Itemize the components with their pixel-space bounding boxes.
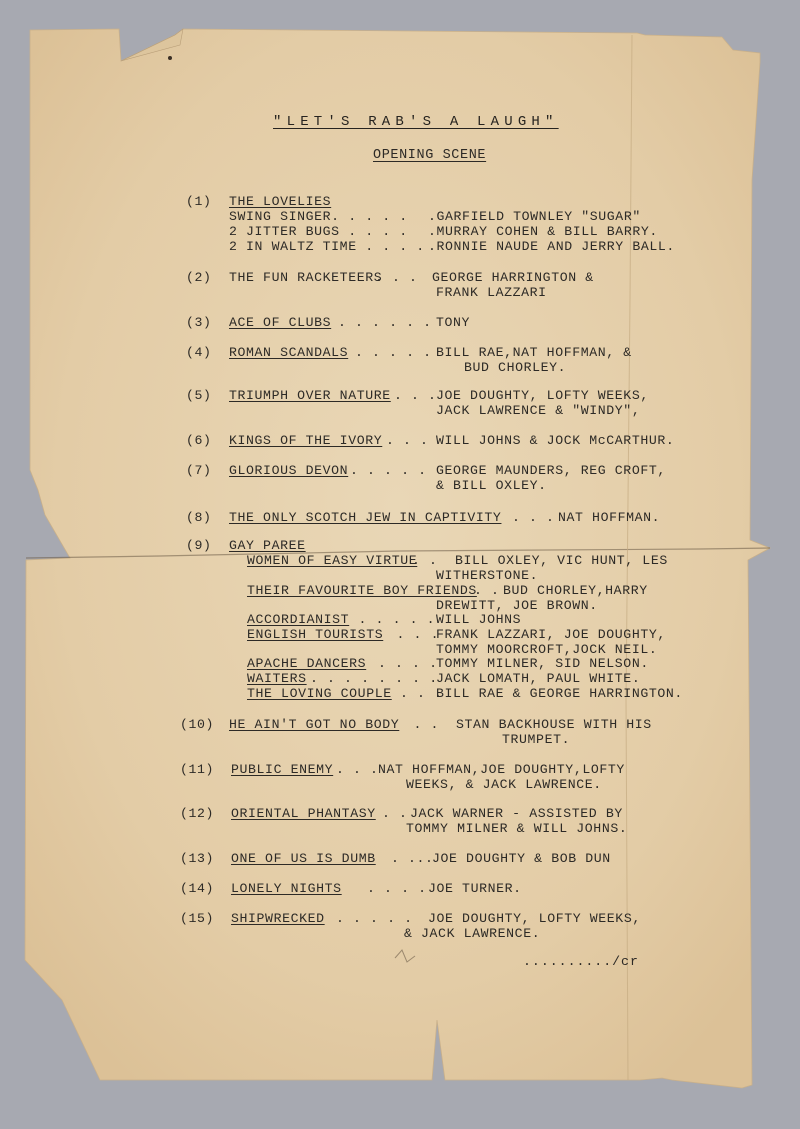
item-title: THE FUN RACKETEERS	[229, 270, 382, 285]
subact-name: APACHE DANCERS	[247, 656, 366, 671]
subact-performers: TOMMY MOORCROFT,JOCK NEIL.	[436, 642, 657, 657]
subact-performers: .RONNIE NAUDE AND JERRY BALL.	[428, 239, 675, 254]
item-number: (13)	[180, 851, 214, 866]
item-performers: NAT HOFFMAN,JOE DOUGHTY,LOFTY	[378, 762, 625, 777]
item-title: ROMAN SCANDALS	[229, 345, 348, 360]
subact-performers: .MURRAY COHEN & BILL BARRY.	[428, 224, 658, 239]
item-performers: TONY	[436, 315, 470, 330]
item-performers: WILL JOHNS & JOCK McCARTHUR.	[436, 433, 674, 448]
continuation-mark: ........../cr	[523, 954, 639, 969]
item-number: (11)	[180, 762, 214, 777]
item-dots: . .	[405, 717, 439, 732]
item-performers: GEORGE HARRINGTON &	[432, 270, 594, 285]
subact-name: SWING SINGER. . . . .	[229, 209, 408, 224]
subact-name: 2 IN WALTZ TIME . . . .	[229, 239, 425, 254]
item-performers: TOMMY MILNER & WILL JOHNS.	[406, 821, 627, 836]
item-performers: & BILL OXLEY.	[436, 478, 547, 493]
item-number: (3)	[186, 315, 212, 330]
subact-dots: . .	[412, 553, 438, 568]
subact-dots: . . .	[388, 627, 439, 642]
document-title: "LET'S RAB'S A LAUGH"	[273, 115, 559, 130]
item-number: (6)	[186, 433, 212, 448]
item-number: (8)	[186, 510, 212, 525]
subact-performers: BUD CHORLEY,HARRY	[503, 583, 648, 598]
subact-performers: .GARFIELD TOWNLEY "SUGAR"	[428, 209, 641, 224]
subact-dots: . . . .	[378, 656, 438, 671]
item-dots: . ...	[391, 851, 434, 866]
item-number: (9)	[186, 538, 212, 553]
item-performers: TRUMPET.	[502, 732, 570, 747]
item-performers: BILL RAE,NAT HOFFMAN, &	[436, 345, 632, 360]
item-number: (14)	[180, 881, 214, 896]
item-dots: . . .	[375, 270, 418, 285]
item-performers: NAT HOFFMAN.	[558, 510, 660, 525]
item-dots: . . .	[336, 762, 379, 777]
item-performers: GEORGE MAUNDERS, REG CROFT,	[436, 463, 666, 478]
item-title: PUBLIC ENEMY	[231, 762, 333, 777]
item-dots: . . .	[386, 433, 429, 448]
item-title: THE LOVELIES	[229, 194, 331, 209]
subact-performers: WITHERSTONE.	[436, 568, 538, 583]
item-dots: . . .	[512, 510, 555, 525]
subact-performers: TOMMY MILNER, SID NELSON.	[436, 656, 649, 671]
item-title: HE AIN'T GOT NO BODY	[229, 717, 399, 732]
item-dots: . . . . . .	[338, 315, 432, 330]
subact-name: 2 JITTER BUGS . . . .	[229, 224, 408, 239]
document-subtitle: OPENING SCENE	[373, 148, 486, 163]
item-performers: JACK LAWRENCE & "WINDY",	[436, 403, 640, 418]
item-title: ORIENTAL PHANTASY	[231, 806, 376, 821]
subact-performers: BILL OXLEY, VIC HUNT, LES	[455, 553, 668, 568]
item-performers: STAN BACKHOUSE WITH HIS	[456, 717, 652, 732]
subact-performers: JACK LOMATH, PAUL WHITE.	[436, 671, 640, 686]
subact-performers: BILL RAE & GEORGE HARRINGTON.	[436, 686, 683, 701]
item-performers: JOE DOUGHTY, LOFTY WEEKS,	[436, 388, 649, 403]
item-performers: JOE DOUGHTY & BOB DUN	[432, 851, 611, 866]
item-title: KINGS OF THE IVORY	[229, 433, 382, 448]
item-dots: . . . . .	[336, 911, 413, 926]
item-number: (4)	[186, 345, 212, 360]
document-page: "LET'S RAB'S A LAUGH" OPENING SCENE (1) …	[0, 0, 800, 1129]
subact-name: ENGLISH TOURISTS	[247, 627, 383, 642]
subact-name: THEIR FAVOURITE BOY FRIENDS	[247, 583, 477, 598]
item-dots: . .	[382, 806, 408, 821]
subact-name: THE LOVING COUPLE	[247, 686, 392, 701]
item-performers: JOE TURNER.	[428, 881, 522, 896]
subact-performers: WILL JOHNS	[436, 612, 521, 627]
item-performers: JACK WARNER - ASSISTED BY	[410, 806, 623, 821]
item-performers: FRANK LAZZARI	[436, 285, 547, 300]
item-title: ONE OF US IS DUMB	[231, 851, 376, 866]
item-title: LONELY NIGHTS	[231, 881, 342, 896]
item-performers: WEEKS, & JACK LAWRENCE.	[406, 777, 602, 792]
subact-dots: . . . . . . . .	[310, 671, 438, 686]
item-number: (7)	[186, 463, 212, 478]
subact-name: WOMEN OF EASY VIRTUE	[247, 553, 417, 568]
item-title: GAY PAREE	[229, 538, 306, 553]
item-number: (10)	[180, 717, 214, 732]
item-title: TRIUMPH OVER NATURE	[229, 388, 391, 403]
item-number: (5)	[186, 388, 212, 403]
item-title: THE ONLY SCOTCH JEW IN CAPTIVITY	[229, 510, 501, 525]
subact-performers: FRANK LAZZARI, JOE DOUGHTY,	[436, 627, 666, 642]
item-dots: . . . . .	[350, 463, 427, 478]
subact-name: ACCORDIANIST	[247, 612, 349, 627]
item-performers: JOE DOUGHTY, LOFTY WEEKS,	[428, 911, 641, 926]
subact-dots: . . . . .	[350, 612, 435, 627]
item-number: (15)	[180, 911, 214, 926]
item-number: (12)	[180, 806, 214, 821]
item-title: SHIPWRECKED	[231, 911, 325, 926]
subact-name: WAITERS	[247, 671, 307, 686]
subact-performers: DREWITT, JOE BROWN.	[436, 598, 598, 613]
item-number: (1)	[186, 194, 212, 209]
item-dots: . . . .	[350, 881, 427, 896]
item-number: (2)	[186, 270, 212, 285]
item-dots: . . .	[394, 388, 437, 403]
item-performers: BUD CHORLEY.	[464, 360, 566, 375]
item-title: GLORIOUS DEVON	[229, 463, 348, 478]
item-dots: . . . . .	[355, 345, 432, 360]
item-performers: & JACK LAWRENCE.	[404, 926, 540, 941]
item-title: ACE OF CLUBS	[229, 315, 331, 330]
subact-dots: . .	[474, 583, 500, 598]
